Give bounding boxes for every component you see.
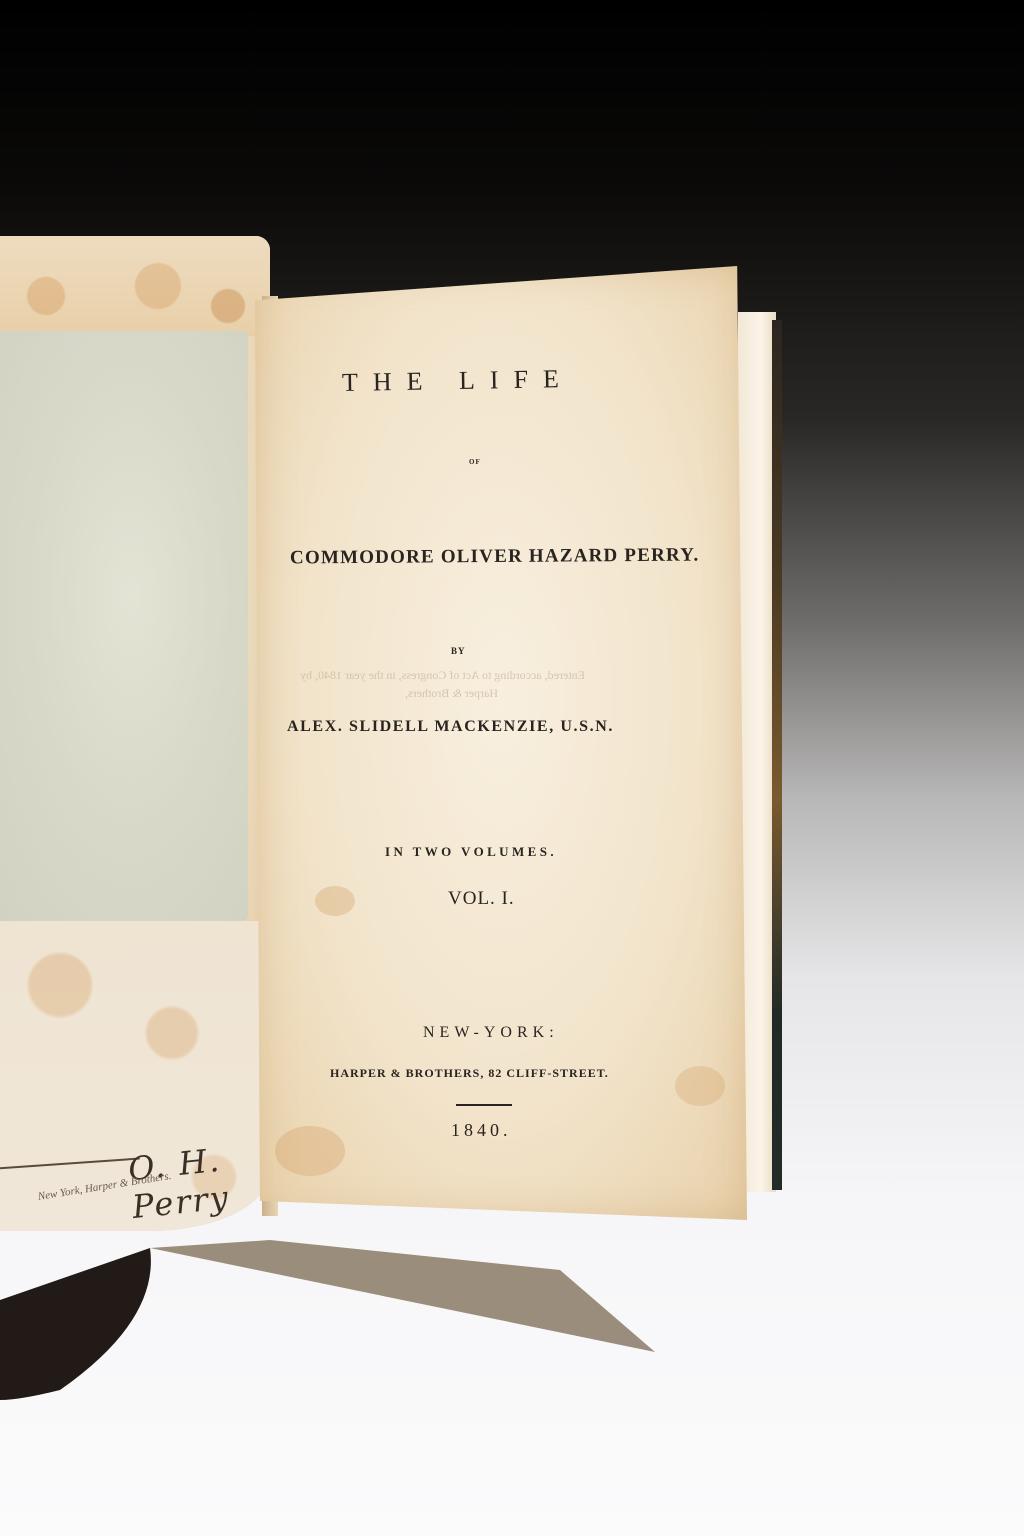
book-title: THE LIFE <box>342 364 574 398</box>
title-by: BY <box>451 646 466 656</box>
divider-rule <box>456 1104 512 1106</box>
photo-scene: O. H. Perry New York, Harper & Brothers.… <box>0 0 1024 1536</box>
foxing-top <box>0 236 270 336</box>
title-page: THE LIFE OF COMMODORE OLIVER HAZARD PERR… <box>255 266 747 1220</box>
frontispiece-page: O. H. Perry New York, Harper & Brothers. <box>0 236 270 1231</box>
foxing-spot <box>675 1066 725 1106</box>
foxing-spot <box>275 1126 345 1176</box>
publication-year: 1840. <box>451 1120 512 1141</box>
tissue-guard <box>0 331 248 921</box>
foxing-spot <box>315 886 355 916</box>
title-of: OF <box>469 458 481 466</box>
bleed-through-text: Harper & Brothers, <box>405 686 498 701</box>
book-subject: COMMODORE OLIVER HAZARD PERRY. <box>290 545 700 570</box>
publisher-name: HARPER & BROTHERS, 82 CLIFF-STREET. <box>330 1066 609 1081</box>
bleed-through-text: Entered, according to Act of Congress, i… <box>300 668 585 683</box>
book-author: ALEX. SLIDELL MACKENZIE, U.S.N. <box>287 718 614 736</box>
publisher-city: NEW-YORK: <box>423 1024 559 1042</box>
book-cover-edge <box>772 320 782 1190</box>
volume-count: IN TWO VOLUMES. <box>385 844 557 860</box>
volume-number: VOL. I. <box>448 888 515 910</box>
